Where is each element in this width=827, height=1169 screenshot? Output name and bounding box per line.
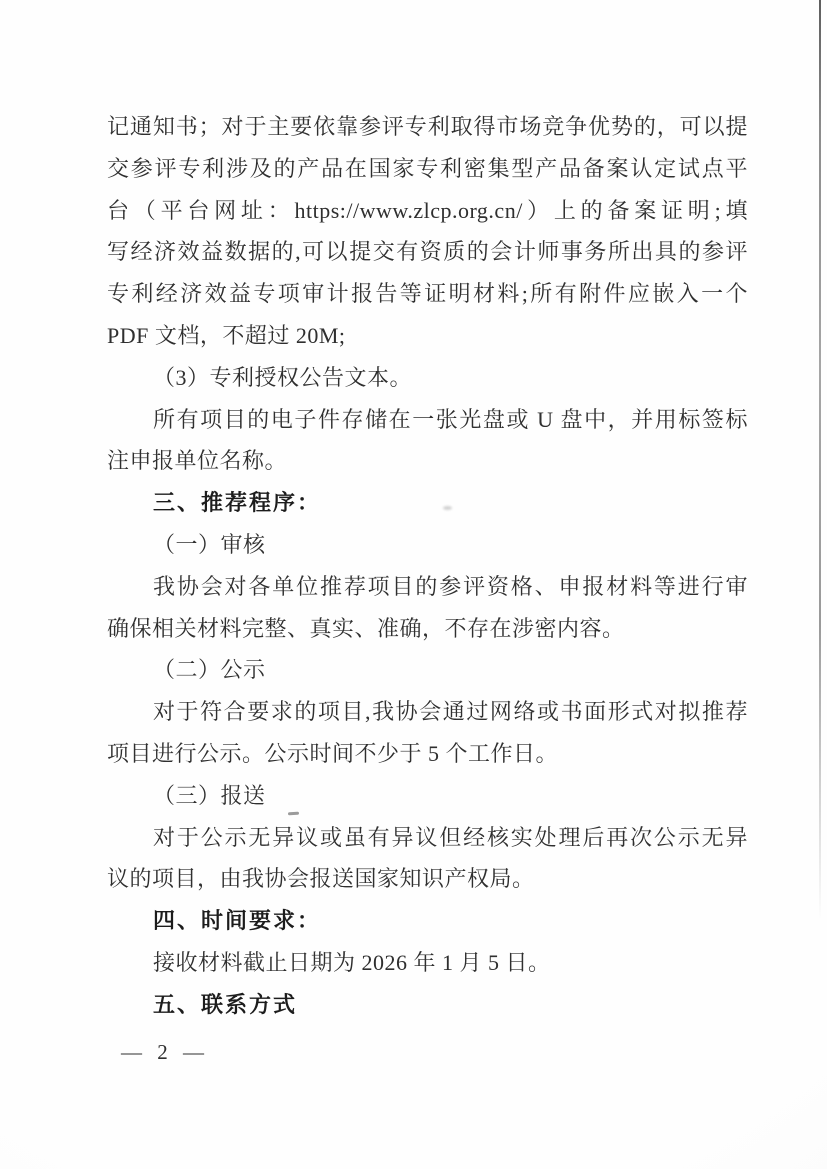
section-heading: 四、时间要求： <box>107 900 748 942</box>
text-line: 项目进行公示。公示时间不少于 5 个工作日。 <box>107 733 748 775</box>
text-line: 确保相关材料完整、真实、准确，不存在涉密内容。 <box>107 608 748 650</box>
scan-edge-artifact <box>819 0 821 920</box>
text-line: 交参评专利涉及的产品在国家专利密集型产品备案认定试点平 <box>107 148 748 190</box>
text-line: 台（平台网址：https://www.zlcp.org.cn/）上的备案证明;填 <box>107 190 748 232</box>
text-line: （3）专利授权公告文本。 <box>107 357 748 399</box>
scan-speck <box>443 506 452 510</box>
text-line: （二）公示 <box>107 649 748 691</box>
text-line: 记通知书；对于主要依靠参评专利取得市场竞争优势的，可以提 <box>107 106 748 148</box>
text-line: PDF 文档，不超过 20M; <box>107 315 748 357</box>
text-line: 写经济效益数据的,可以提交有资质的会计师事务所出具的参评 <box>107 231 748 273</box>
document-text: 记通知书；对于主要依靠参评专利取得市场竞争优势的，可以提交参评专利涉及的产品在国… <box>107 106 748 1026</box>
text-line: 注申报单位名称。 <box>107 440 748 482</box>
page-number: — 2 — <box>121 1040 209 1065</box>
text-line: 接收材料截止日期为 2026 年 1 月 5 日。 <box>107 942 748 984</box>
text-line: 所有项目的电子件存储在一张光盘或 U 盘中，并用标签标 <box>107 399 748 441</box>
text-line: 专利经济效益专项审计报告等证明材料;所有附件应嵌入一个 <box>107 273 748 315</box>
text-line: 议的项目，由我协会报送国家知识产权局。 <box>107 858 748 900</box>
section-heading: 五、联系方式 <box>107 984 748 1026</box>
text-line: 对于符合要求的项目,我协会通过网络或书面形式对拟推荐 <box>107 691 748 733</box>
text-line: 对于公示无异议或虽有异议但经核实处理后再次公示无异 <box>107 817 748 859</box>
text-line: （三）报送 <box>107 775 748 817</box>
text-line: （一）审核 <box>107 524 748 566</box>
text-line: 我协会对各单位推荐项目的参评资格、申报材料等进行审核， <box>107 566 748 608</box>
scanned-document-page: 记通知书；对于主要依靠参评专利取得市场竞争优势的，可以提交参评专利涉及的产品在国… <box>0 0 827 1169</box>
section-heading: 三、推荐程序： <box>107 482 748 524</box>
